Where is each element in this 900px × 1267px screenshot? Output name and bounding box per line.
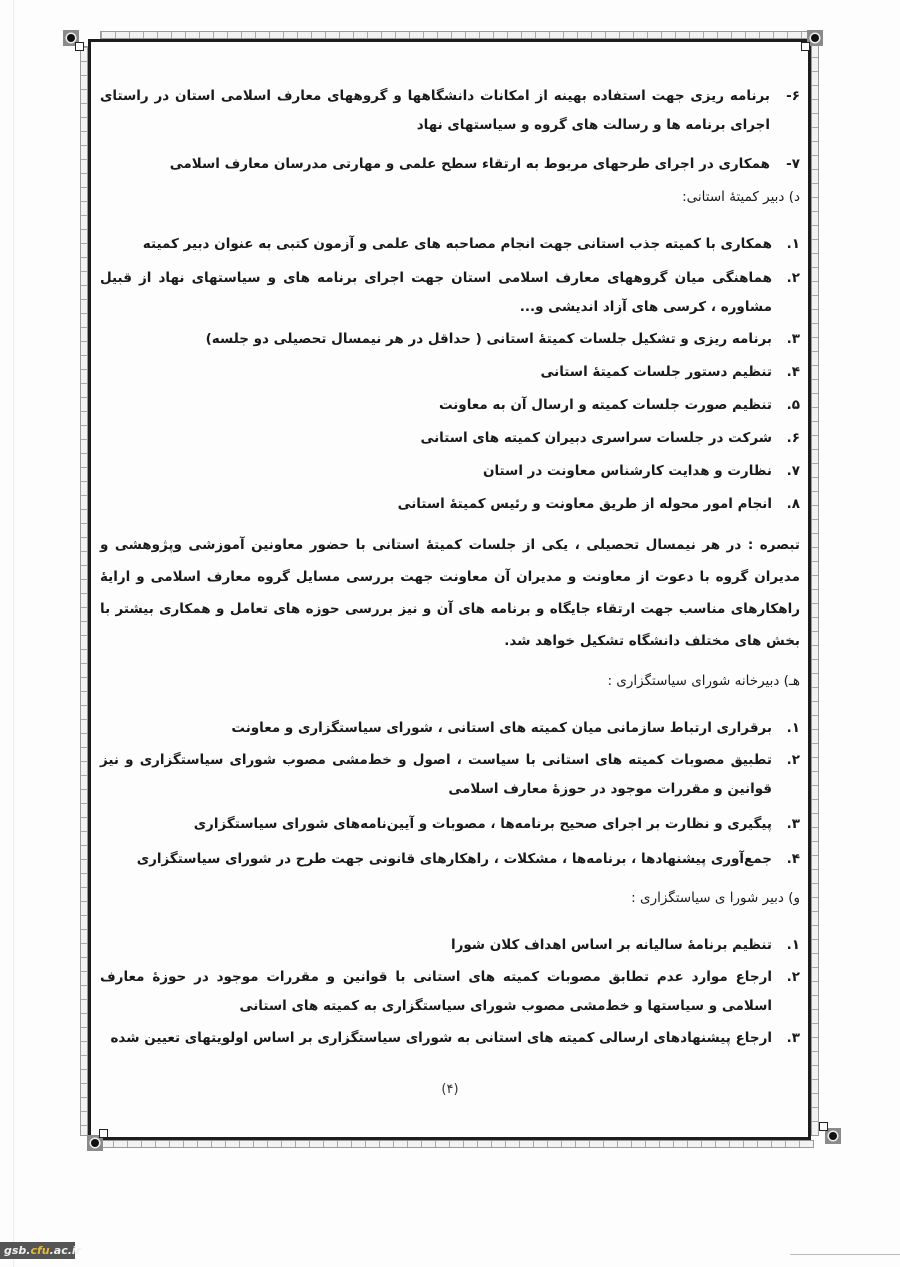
border-ladder-left <box>80 46 88 1136</box>
continued-item-7: ۷- همکاری در اجرای طرحهای مربوط به ارتقا… <box>100 150 800 179</box>
item-number: ۳. <box>787 810 800 839</box>
item-number: ۶- <box>786 82 800 111</box>
item-number: ۱. <box>787 230 800 259</box>
corner-ornament-icon <box>807 30 823 46</box>
document-body: ۶- برنامه ریزی جهت استفاده بهینه از امکا… <box>100 82 800 1053</box>
list-item: ۳. پیگیری و نظارت بر اجرای صحیح برنامه‌ه… <box>100 810 800 839</box>
item-number: ۷- <box>786 150 800 179</box>
border-ladder-top <box>100 31 810 39</box>
item-text: ارجاع موارد عدم تطابق مصوبات کمیته های ا… <box>100 969 772 1014</box>
list-item: ۳. برنامه ریزی و تشکیل جلسات کمیتۀ استان… <box>100 325 800 354</box>
item-number: ۲. <box>787 264 800 293</box>
item-text: تنظیم صورت جلسات کمیته و ارسال آن به معا… <box>439 397 772 413</box>
site-watermark: gsb.cfu.ac.ir <box>0 1242 75 1259</box>
section-d-note: تبصره : در هر نیمسال تحصیلی ، یکی از جلس… <box>100 529 800 657</box>
list-item: ۴. جمع‌آوری پیشنهادها ، برنامه‌ها ، مشکل… <box>100 845 800 874</box>
list-item: ۲. هماهنگی میان گروههای معارف اسلامی است… <box>100 264 800 322</box>
item-text: برنامه ریزی جهت استفاده بهینه از امکانات… <box>100 88 770 133</box>
item-text: همکاری در اجرای طرحهای مربوط به ارتقاء س… <box>170 156 770 172</box>
continued-item-6: ۶- برنامه ریزی جهت استفاده بهینه از امکا… <box>100 82 800 140</box>
border-ladder-bottom <box>98 1140 814 1148</box>
page-number: (۴) <box>430 1082 470 1097</box>
list-item: ۱. برقراری ارتباط سازمانی میان کمیته های… <box>100 714 800 743</box>
item-text: پیگیری و نظارت بر اجرای صحیح برنامه‌ها ،… <box>194 816 772 832</box>
item-number: ۸. <box>787 490 800 519</box>
list-item: ۴. تنظیم دستور جلسات کمیتۀ استانی <box>100 358 800 387</box>
list-item: ۱. تنظیم برنامۀ سالیانه بر اساس اهداف کل… <box>100 931 800 960</box>
item-number: ۳. <box>787 325 800 354</box>
item-text: نظارت و هدایت کارشناس معاونت در استان <box>483 463 772 479</box>
item-number: ۲. <box>787 963 800 992</box>
item-text: انجام امور محوله از طریق معاونت و رئیس ک… <box>398 496 772 512</box>
item-text: ارجاع پیشنهادهای ارسالی کمیته های استانی… <box>110 1030 772 1046</box>
section-v-list: ۱. تنظیم برنامۀ سالیانه بر اساس اهداف کل… <box>100 931 800 1053</box>
list-item: ۲. ارجاع موارد عدم تطابق مصوبات کمیته ها… <box>100 963 800 1021</box>
item-number: ۱. <box>787 931 800 960</box>
watermark-accent: cfu <box>30 1244 49 1257</box>
border-ladder-right <box>811 42 819 1136</box>
section-d-heading: د) دبیر کمیتۀ استانی: <box>100 183 800 212</box>
scan-bottom-rule <box>790 1254 900 1255</box>
section-v-heading: و) دبیر شورا ی سیاستگزاری : <box>100 884 800 913</box>
section-d-list: ۱. همکاری با کمیته جذب استانی جهت انجام … <box>100 230 800 519</box>
item-text: شرکت در جلسات سراسری دبیران کمیته های اس… <box>420 430 772 446</box>
list-item: ۷. نظارت و هدایت کارشناس معاونت در استان <box>100 457 800 486</box>
item-text: برقراری ارتباط سازمانی میان کمیته های اس… <box>231 720 772 736</box>
list-item: ۶. شرکت در جلسات سراسری دبیران کمیته های… <box>100 424 800 453</box>
item-number: ۳. <box>787 1024 800 1053</box>
item-text: تنظیم برنامۀ سالیانه بر اساس اهداف کلان … <box>451 937 772 953</box>
item-number: ۷. <box>787 457 800 486</box>
item-text: همکاری با کمیته جذب استانی جهت انجام مصا… <box>143 236 772 252</box>
item-text: جمع‌آوری پیشنهادها ، برنامه‌ها ، مشکلات … <box>137 851 772 867</box>
watermark-suffix: .ac.ir <box>50 1244 82 1257</box>
item-text: تطبیق مصوبات کمیته های استانی با سیاست ،… <box>100 752 772 797</box>
corner-ornament-icon <box>87 1135 103 1151</box>
section-h-heading: هـ) دبیرخانه شورای سیاستگزاری : <box>100 667 800 696</box>
item-number: ۲. <box>787 746 800 775</box>
corner-ornament-icon <box>63 30 79 46</box>
list-item: ۳. ارجاع پیشنهادهای ارسالی کمیته های است… <box>100 1024 800 1053</box>
list-item: ۵. تنظیم صورت جلسات کمیته و ارسال آن به … <box>100 391 800 420</box>
item-number: ۵. <box>787 391 800 420</box>
section-h-list: ۱. برقراری ارتباط سازمانی میان کمیته های… <box>100 714 800 874</box>
item-text: تنظیم دستور جلسات کمیتۀ استانی <box>540 364 772 380</box>
item-number: ۴. <box>787 845 800 874</box>
scan-edge-line <box>13 0 14 1267</box>
item-text: هماهنگی میان گروههای معارف اسلامی استان … <box>100 270 772 315</box>
watermark-prefix: gsb. <box>4 1244 30 1257</box>
item-number: ۱. <box>787 714 800 743</box>
list-item: ۱. همکاری با کمیته جذب استانی جهت انجام … <box>100 230 800 259</box>
item-text: برنامه ریزی و تشکیل جلسات کمیتۀ استانی (… <box>206 331 772 347</box>
item-number: ۶. <box>787 424 800 453</box>
item-number: ۴. <box>787 358 800 387</box>
list-item: ۸. انجام امور محوله از طریق معاونت و رئی… <box>100 490 800 519</box>
list-item: ۲. تطبیق مصوبات کمیته های استانی با سیاس… <box>100 746 800 804</box>
corner-ornament-icon <box>825 1128 841 1144</box>
